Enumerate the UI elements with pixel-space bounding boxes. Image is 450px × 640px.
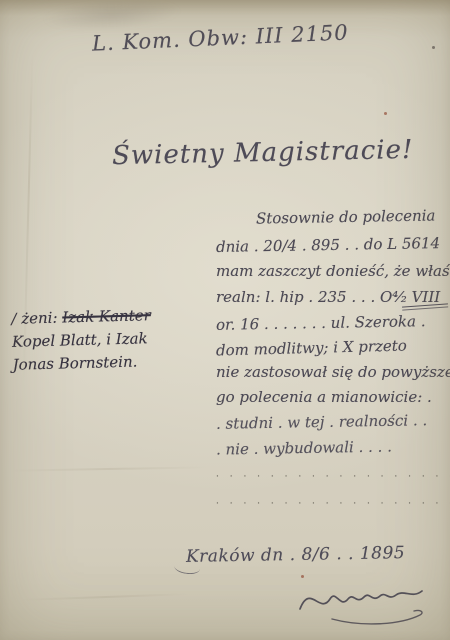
signature-flourish <box>296 575 436 627</box>
paper-speck <box>432 46 435 49</box>
margin-note-prefix: ∕ żeni: <box>11 309 58 328</box>
place-date-line: Kraków dn . 8/6 . . 1895 <box>186 543 405 567</box>
paper-crease <box>10 466 210 471</box>
body-line: . nie . wybudowali . . . . <box>216 437 392 458</box>
body-line: or. 16 . . . . . . . ul. Szeroka . <box>216 312 426 334</box>
dotted-rule: · · · · · · · · · · · · · · · · · · · · … <box>216 499 450 509</box>
paper-speck <box>384 112 387 115</box>
scanned-document: L. Kom. Obw: III 2150 Świetny Magistraci… <box>0 0 450 640</box>
body-line: go polecenia a mianowicie: . <box>216 388 432 406</box>
body-line: nie zastosował się do powyższe <box>216 363 450 381</box>
margin-note-line: Jonas Bornstein. <box>12 350 152 377</box>
crossed-out-name: Izak Kanter <box>62 306 151 326</box>
document-title: Świetny Magistracie! <box>112 135 414 171</box>
body-line: dnia . 20/4 . 895 . . do L 5614 <box>216 234 440 256</box>
body-line: Stosownie do polecenia <box>256 206 436 227</box>
body-line: dom modlitwy; i X przeto <box>216 337 407 360</box>
paper-crease <box>20 593 190 601</box>
body-line: . studni . w tej . realności . . <box>216 411 427 433</box>
body-line: realn: l. hip . 235 . . . O⁴⁄₂ VIII <box>216 288 440 306</box>
body-line: mam zaszczyt donieść, że właśc <box>216 262 450 280</box>
margin-note-names: ∕ żeni: Izak Kanter Kopel Blatt, i Izak … <box>11 304 152 377</box>
dotted-rule: · · · · · · · · · · · · · · · · · · · · … <box>216 472 450 482</box>
